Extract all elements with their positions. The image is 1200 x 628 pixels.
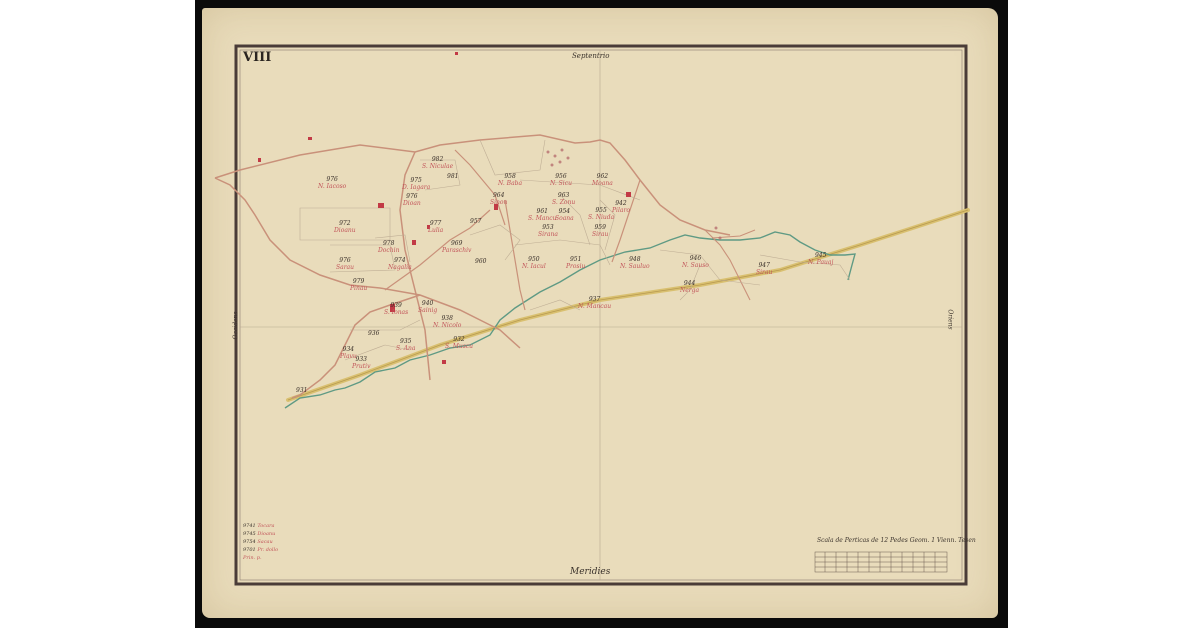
parcel-label: 978Dochin bbox=[378, 240, 399, 254]
legend-item: 9754 Sacau bbox=[243, 538, 278, 546]
parcel-label: 969Paraschiv bbox=[442, 240, 471, 254]
parcel-label: 937N. Mancau bbox=[578, 296, 611, 310]
parcel-label: 974Nagalia bbox=[388, 257, 412, 271]
parcel-label: 959Sirau bbox=[592, 224, 608, 238]
parcel-label: 938N. Nicolo bbox=[433, 315, 461, 329]
parcel-label: 957 bbox=[470, 218, 481, 225]
parcel-label: 954Soana bbox=[555, 208, 574, 222]
parcel-label: 932S. Muscu bbox=[445, 336, 473, 350]
parcel-label: 948N. Sauluo bbox=[620, 256, 650, 270]
parcel-label: 962Moana bbox=[592, 173, 613, 187]
east-label: Oriens bbox=[947, 309, 954, 329]
legend: 9741 Tocara 9745 Dioanu 9754 Sacau 9701 … bbox=[243, 522, 278, 562]
parcel-label: 946N. Sauso bbox=[682, 255, 709, 269]
legend-item: 9741 Tocara bbox=[243, 522, 278, 530]
legend-item: 9745 Dioanu bbox=[243, 530, 278, 538]
map-frame bbox=[236, 46, 966, 584]
parcel-label: 977Lulia bbox=[428, 220, 443, 234]
parcel-label: 960 bbox=[475, 258, 486, 265]
parcel-label: 945N. Pauaj bbox=[808, 252, 833, 266]
west-label: Occidens bbox=[232, 312, 239, 340]
parcel-label: 981 bbox=[447, 173, 458, 180]
parcel-label: 953Sirana bbox=[538, 224, 558, 238]
parcel-label: 958N. Baba bbox=[498, 173, 522, 187]
south-label: Meridies bbox=[570, 567, 610, 577]
parcel-label: 975D. Iagara bbox=[402, 177, 430, 191]
parcel-label: 972Dioanu bbox=[334, 220, 356, 234]
parcel-label: 940Sainig bbox=[418, 300, 437, 314]
parcel-label: 947Sirau bbox=[756, 262, 772, 276]
parcel-label: 939S. Ionas bbox=[384, 302, 408, 316]
parcel-label: 955S. Niuda bbox=[588, 207, 614, 221]
parcel-label: 956N. Sicu bbox=[550, 173, 572, 187]
map-drawing bbox=[0, 0, 1200, 628]
parcel-label: 935S. Ana bbox=[396, 338, 416, 352]
parcel-label: 982S. Niculae bbox=[422, 156, 453, 170]
parcel-label: 942Pilaro bbox=[612, 200, 630, 214]
parcel-label: 933Prutiv bbox=[352, 356, 371, 370]
parcel-label: 936 bbox=[368, 330, 379, 337]
parcel-label: 976Dioan bbox=[403, 193, 421, 207]
legend-item: Prin. p. bbox=[243, 554, 278, 562]
parcel-label: 976N. Iacoso bbox=[318, 176, 346, 190]
parcel-label: 944Nerga bbox=[680, 280, 699, 294]
scale-bar bbox=[815, 552, 947, 572]
north-label: Septentrio bbox=[572, 52, 610, 60]
parcel-label: 976Sarau bbox=[336, 257, 354, 271]
parcel-label: 931 bbox=[296, 387, 307, 394]
parcel-label: 979Pinau bbox=[350, 278, 367, 292]
parcel-label: 961S. Mancu bbox=[528, 208, 557, 222]
legend-item: 9701 Pr. dollo bbox=[243, 546, 278, 554]
parcel-label: 951Prosiu bbox=[566, 256, 585, 270]
scale-title: Scala de Perticas de 12 Pedes Geom. 1 Vi… bbox=[817, 537, 976, 544]
parcel-label: 964Sinon bbox=[490, 192, 507, 206]
parcel-label: 963S. Zonu bbox=[552, 192, 575, 206]
parcel-label: 950N. Iacul bbox=[522, 256, 546, 270]
sheet-number: VIII bbox=[243, 50, 271, 65]
